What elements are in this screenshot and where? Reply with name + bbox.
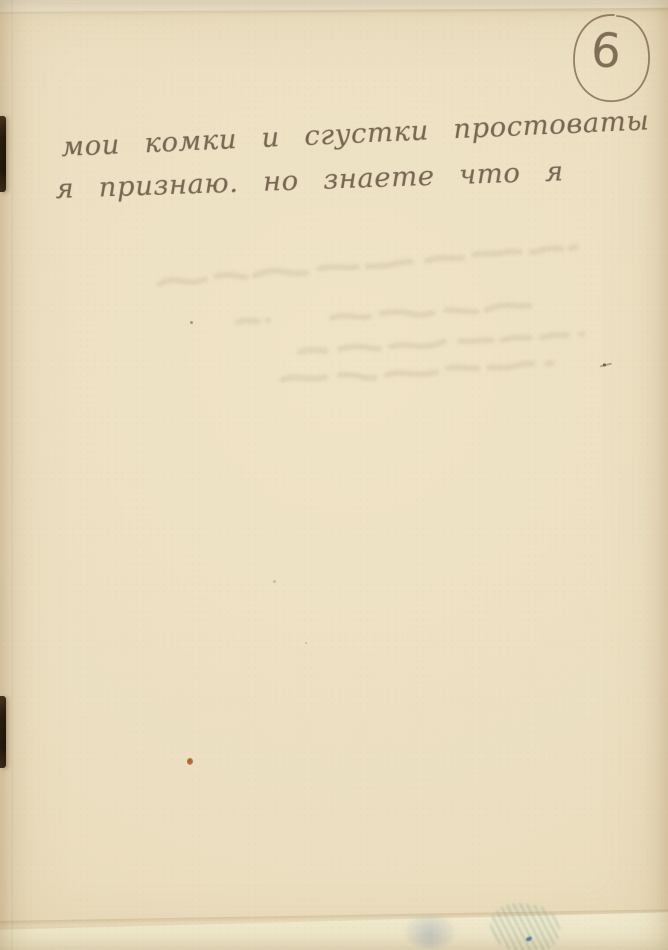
- bleed-line-4: [282, 363, 552, 380]
- page-number: 6: [589, 23, 623, 80]
- paper-speck: [273, 580, 276, 583]
- staple-top: [0, 116, 6, 192]
- scanned-notebook-page: мои комки и сгустки простоваты я признаю…: [0, 0, 668, 950]
- paper-speck: [305, 642, 307, 644]
- bleed-line-2: [332, 305, 532, 318]
- staple-bottom: [0, 696, 6, 768]
- bleed-line-2a: [238, 320, 268, 322]
- circled-page-number: 6: [565, 10, 657, 106]
- paper-fiber: [600, 363, 612, 368]
- handwriting-line-2: я признаю. но знаете что я: [55, 156, 564, 205]
- spine-fold-line: [9, 0, 13, 950]
- bleed-line-3: [300, 334, 582, 352]
- bleed-line-1: [160, 247, 576, 284]
- paper-speck: [190, 321, 193, 324]
- foxing-spot: [187, 758, 193, 765]
- handwriting-line-1: мои комки и сгустки простоваты: [61, 105, 650, 163]
